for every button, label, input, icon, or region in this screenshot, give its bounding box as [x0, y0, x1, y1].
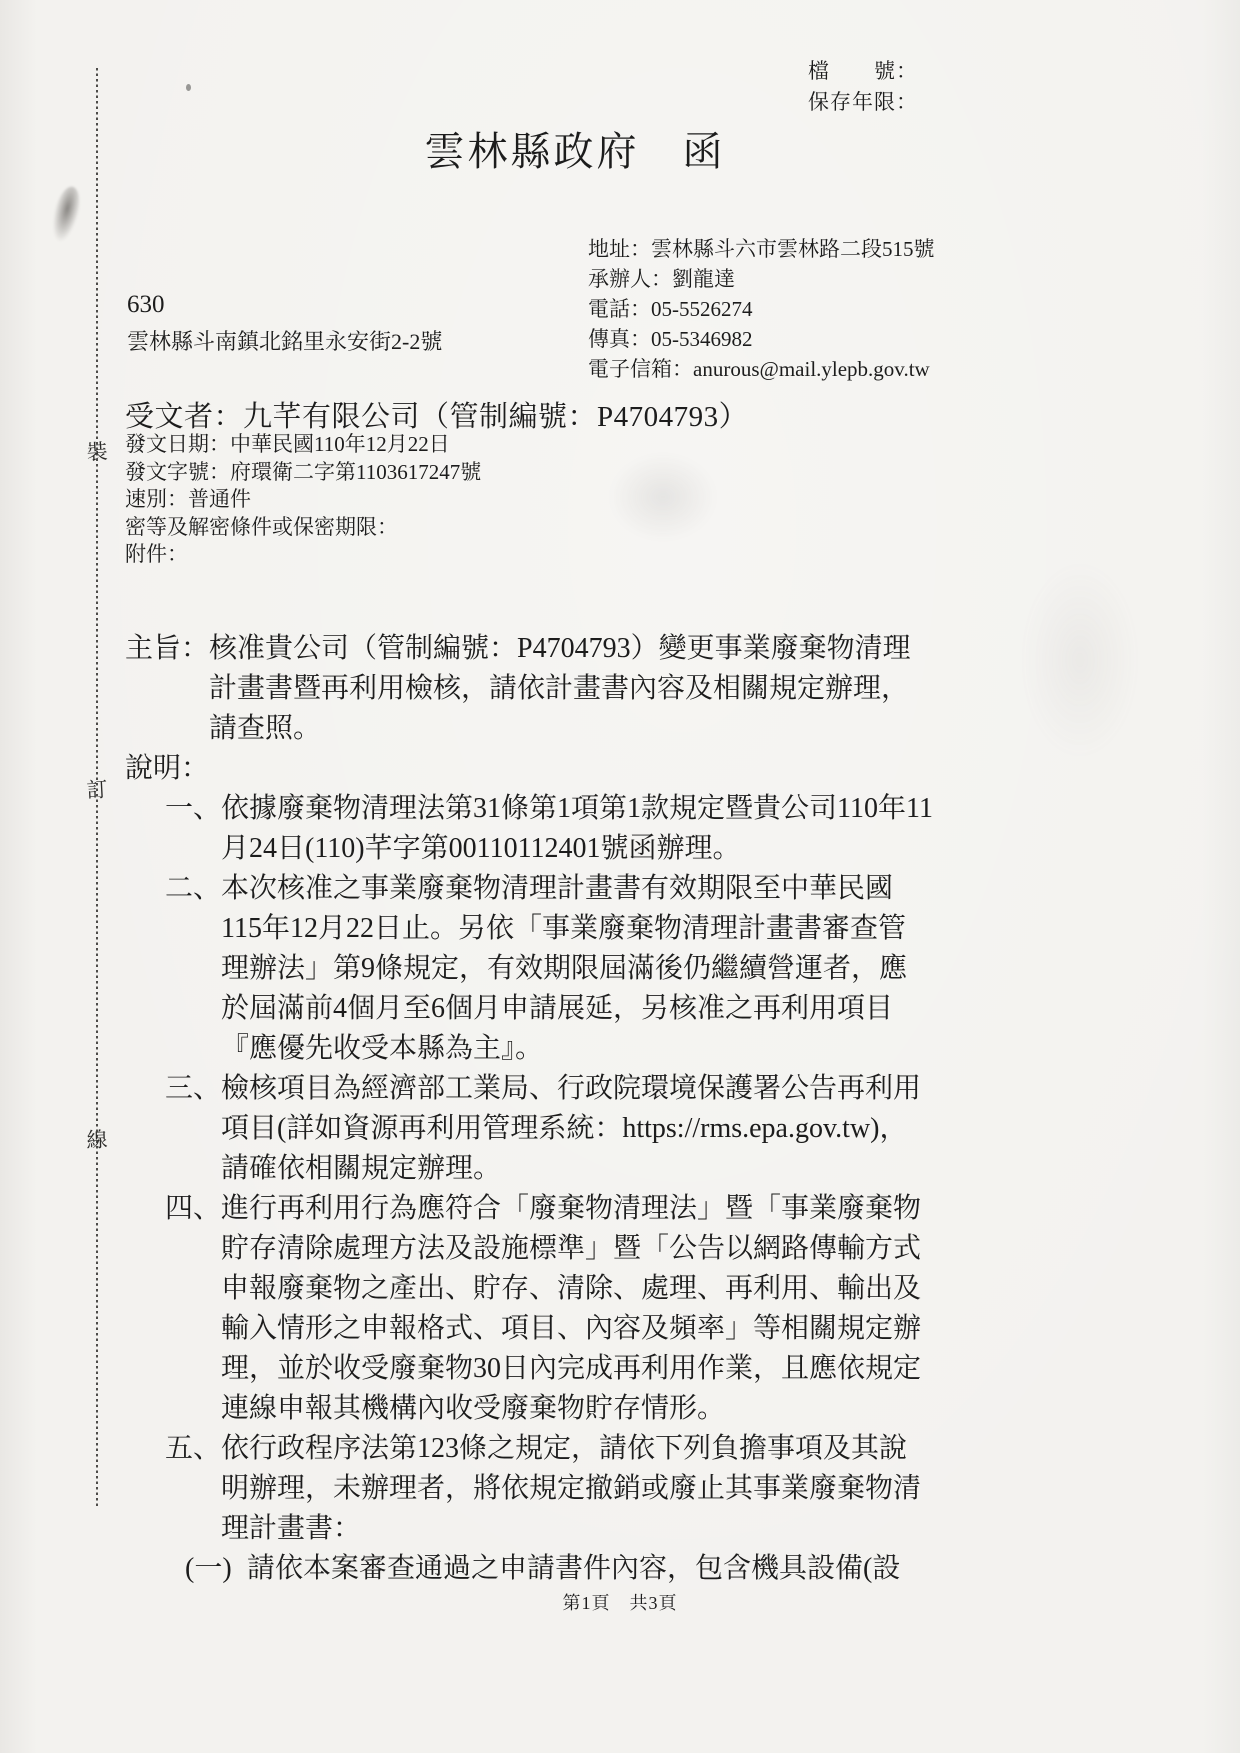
binding-mark-ding: 訂 — [83, 773, 111, 804]
document-title: 雲林縣政府 函 — [350, 120, 800, 177]
sender-email-line: 電子信箱：anurous@mail.ylepb.gov.tw — [588, 354, 935, 384]
explanation-sub-item-1: (一) 請依本案審查通過之申請書件內容，包含機具設備(設 — [125, 1549, 1027, 1589]
retention-period-label: 保存年限： — [808, 87, 918, 118]
document-body: 主旨： 核准貴公司（管制編號：P4704793）變更事業廢棄物清理 計畫書暨再利… — [125, 629, 1027, 1589]
scan-smudge — [48, 184, 85, 244]
item-text: 本次核准之事業廢棄物清理計畫書有效期限至中華民國 115年12月22日止。另依「… — [221, 869, 1027, 1069]
dispatch-number-line: 發文字號：府環衛二字第1103617247號 — [125, 459, 481, 487]
subject-text: 核准貴公司（管制編號：P4704793）變更事業廢棄物清理 計畫書暨再利用檢核，… — [209, 629, 1027, 749]
item-number: 二、 — [165, 869, 221, 909]
recipient-mailing-address: 雲林縣斗南鎮北銘里永安街2-2號 — [127, 325, 442, 356]
archive-labels: 檔 號： 保存年限： — [808, 56, 918, 118]
sub-item-text: 請依本案審查通過之申請書件內容，包含機具設備(設 — [247, 1549, 1027, 1589]
item-number: 三、 — [165, 1069, 221, 1109]
scan-speck — [186, 84, 191, 91]
dispatch-meta-block: 發文日期：中華民國110年12月22日 發文字號：府環衛二字第110361724… — [125, 431, 481, 569]
item-text: 進行再利用行為應符合「廢棄物清理法」暨「事業廢棄物 貯存清除處理方法及設施標準」… — [221, 1189, 1027, 1429]
attachment-line: 附件： — [125, 541, 481, 569]
sender-info-block: 地址：雲林縣斗六市雲林路二段515號 承辦人：劉龍達 電話：05-5526274… — [588, 234, 935, 384]
binding-mark-zhuang: 裝 — [83, 435, 111, 467]
file-number-label: 檔 號： — [808, 56, 918, 87]
subject-label: 主旨： — [125, 629, 209, 669]
sender-address-line: 地址：雲林縣斗六市雲林路二段515號 — [588, 234, 935, 264]
speed-class-line: 速別：普通件 — [125, 486, 481, 514]
scan-smudge — [608, 452, 718, 542]
dispatch-date-line: 發文日期：中華民國110年12月22日 — [125, 431, 481, 459]
item-text: 依據廢棄物清理法第31條第1項第1款規定暨貴公司110年11 月24日(110)… — [221, 789, 1027, 869]
subject-paragraph: 主旨： 核准貴公司（管制編號：P4704793）變更事業廢棄物清理 計畫書暨再利… — [125, 629, 1027, 749]
explanation-item-4: 四、 進行再利用行為應符合「廢棄物清理法」暨「事業廢棄物 貯存清除處理方法及設施… — [125, 1189, 1027, 1429]
explanation-label: 說明： — [125, 749, 1027, 789]
security-class-line: 密等及解密條件或保密期限： — [125, 514, 481, 542]
item-number: 一、 — [165, 789, 221, 829]
explanation-item-5: 五、 依行政程序法第123條之規定，請依下列負擔事項及其說 明辦理，未辦理者，將… — [125, 1429, 1027, 1549]
binding-mark-xian: 線 — [83, 1124, 110, 1155]
scan-smudge — [1020, 560, 1140, 760]
sender-phone-line: 電話：05-5526274 — [588, 294, 935, 324]
item-text: 檢核項目為經濟部工業局、行政院環境保護署公告再利用 項目(詳如資源再利用管理系統… — [221, 1069, 1027, 1189]
explanation-item-3: 三、 檢核項目為經濟部工業局、行政院環境保護署公告再利用 項目(詳如資源再利用管… — [125, 1069, 1027, 1189]
item-number: 四、 — [165, 1189, 221, 1229]
page-number-footer: 第1頁 共3頁 — [0, 1589, 1240, 1615]
explanation-item-2: 二、 本次核准之事業廢棄物清理計畫書有效期限至中華民國 115年12月22日止。… — [125, 869, 1027, 1069]
recipient-postal-code: 630 — [127, 291, 165, 319]
explanation-item-1: 一、 依據廢棄物清理法第31條第1項第1款規定暨貴公司110年11 月24日(1… — [125, 789, 1027, 869]
item-number: 五、 — [165, 1429, 221, 1469]
sender-contact-line: 承辦人：劉龍達 — [588, 264, 935, 294]
item-text: 依行政程序法第123條之規定，請依下列負擔事項及其說 明辦理，未辦理者，將依規定… — [221, 1429, 1027, 1549]
sub-item-number: (一) — [185, 1549, 247, 1589]
sender-fax-line: 傳真：05-5346982 — [588, 324, 935, 354]
recipient-line: 受文者：九芊有限公司（管制編號：P4704793） — [125, 394, 748, 435]
scanned-letter-page: 裝 訂 線 檔 號： 保存年限： 雲林縣政府 函 地址：雲林縣斗六市雲林路二段5… — [0, 0, 1240, 1753]
